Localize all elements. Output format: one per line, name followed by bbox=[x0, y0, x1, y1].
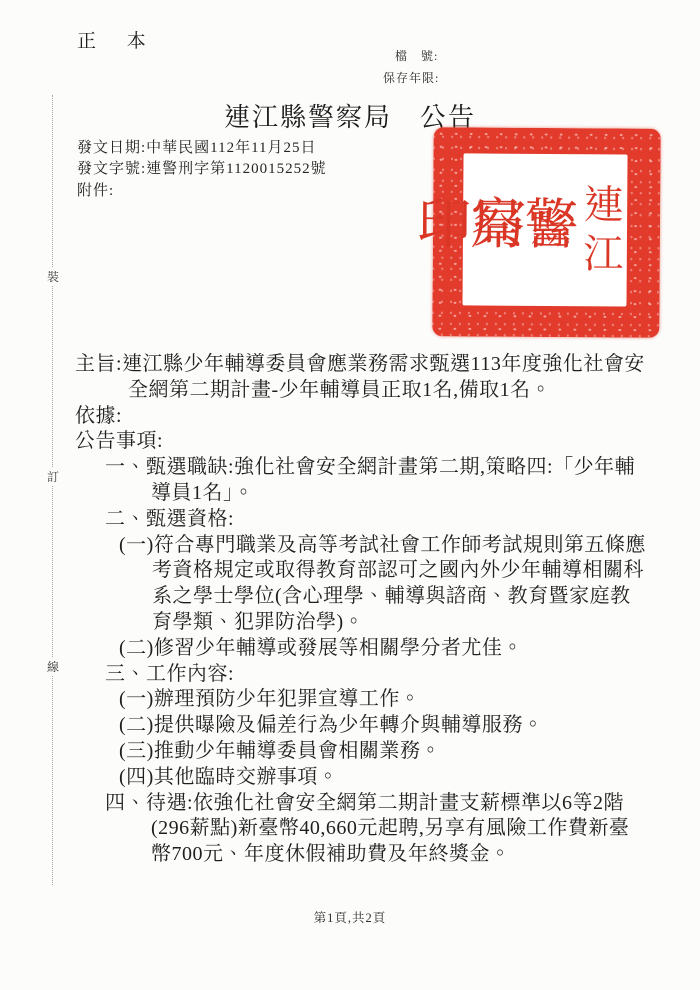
item-text: 修習少年輔導或發展等相關學分者尤佳。 bbox=[154, 637, 523, 659]
attachment-label: 附件: bbox=[77, 181, 327, 202]
body-paragraph: 二、甄選資格: bbox=[105, 507, 647, 533]
item-label: (三) bbox=[119, 740, 154, 762]
item-text: 連江縣少年輔導委員會應業務需求甄選113年度強化社會安全網第二期計畫-少年輔導員… bbox=[122, 353, 645, 401]
document-page: 裝訂線 正 本 檔 號: 保存年限: 連江縣警察局 公告 發文日期:中華民國11… bbox=[0, 0, 700, 990]
item-label: 依據: bbox=[75, 405, 122, 427]
file-no-label: 檔 號: bbox=[383, 45, 439, 67]
seal-text-column: 連江縣 bbox=[574, 160, 628, 302]
body-paragraph: (一)符合專門職業及高等考試社會工作師考試規則第五條應考資格規定或取得教育部認可… bbox=[119, 533, 647, 636]
seal-text-column: 警察 bbox=[520, 160, 574, 302]
item-label: 三、 bbox=[105, 663, 146, 685]
item-label: (四) bbox=[119, 766, 154, 788]
item-text: 提供曝險及偏差行為少年轉介與輔導服務。 bbox=[154, 714, 544, 736]
body-paragraph: 三、工作內容: bbox=[105, 662, 647, 688]
body-paragraph: (二)提供曝險及偏差行為少年轉介與輔導服務。 bbox=[119, 713, 647, 739]
copy-type-label: 正 本 bbox=[77, 26, 159, 53]
item-text: 辦理預防少年犯罪宣導工作。 bbox=[154, 688, 421, 710]
binding-mark: 訂 bbox=[43, 468, 63, 485]
item-label: 一、 bbox=[105, 456, 146, 478]
item-label: (二) bbox=[119, 637, 154, 659]
item-text: 符合專門職業及高等考試社會工作師考試規則第五條應考資格規定或取得教育部認可之國內… bbox=[152, 534, 646, 633]
body-paragraph: 公告事項: bbox=[75, 429, 647, 455]
doc-meta-block: 發文日期:中華民國112年11月25日 發文字號:連警刑字第1120015252… bbox=[77, 138, 327, 202]
body-paragraph: (四)其他臨時交辦事項。 bbox=[119, 765, 647, 791]
item-text: 工作內容: bbox=[146, 663, 234, 685]
seal-inscription: 連江縣警察局印 bbox=[462, 153, 627, 306]
document-body: 主旨:連江縣少年輔導委員會應業務需求甄選113年度強化社會安全網第二期計畫-少年… bbox=[75, 352, 647, 868]
item-label: 四、 bbox=[105, 792, 146, 814]
doc-number: 發文字號:連警刑字第1120015252號 bbox=[77, 159, 327, 180]
body-paragraph: 依據: bbox=[75, 404, 647, 430]
item-label: 二、 bbox=[105, 508, 146, 530]
body-paragraph: 主旨:連江縣少年輔導委員會應業務需求甄選113年度強化社會安全網第二期計畫-少年… bbox=[75, 352, 647, 404]
item-text: 待遇:依強化社會安全網第二期計畫支薪標準以6等2階(296薪點)新臺幣40,66… bbox=[146, 792, 629, 866]
body-paragraph: (三)推動少年輔導委員會相關業務。 bbox=[119, 739, 647, 765]
item-text: 甄選資格: bbox=[146, 508, 234, 530]
item-text: 甄選職缺:強化社會安全網計畫第二期,策略四:「少年輔導員1名」。 bbox=[146, 456, 635, 504]
seal-text-column: 局印 bbox=[466, 159, 520, 301]
item-label: (二) bbox=[119, 714, 154, 736]
page-number: 第1頁,共2頁 bbox=[0, 908, 700, 926]
binding-mark: 線 bbox=[43, 658, 63, 675]
item-text: 推動少年輔導委員會相關業務。 bbox=[154, 740, 441, 762]
body-paragraph: 四、待遇:依強化社會安全網第二期計畫支薪標準以6等2階(296薪點)新臺幣40,… bbox=[105, 791, 647, 868]
issue-date: 發文日期:中華民國112年11月25日 bbox=[77, 138, 327, 159]
file-meta-block: 檔 號: 保存年限: bbox=[383, 45, 439, 89]
retention-label: 保存年限: bbox=[383, 67, 439, 89]
item-label: (一) bbox=[119, 534, 154, 556]
body-paragraph: (二)修習少年輔導或發展等相關學分者尤佳。 bbox=[119, 636, 647, 662]
body-paragraph: (一)辦理預防少年犯罪宣導工作。 bbox=[119, 687, 647, 713]
binding-line bbox=[52, 95, 53, 885]
item-label: (一) bbox=[119, 688, 154, 710]
binding-mark: 裝 bbox=[43, 268, 63, 285]
body-paragraph: 一、甄選職缺:強化社會安全網計畫第二期,策略四:「少年輔導員1名」。 bbox=[105, 455, 647, 507]
item-label: 主旨: bbox=[75, 353, 122, 375]
official-seal-stamp: 連江縣警察局印 bbox=[432, 127, 660, 338]
item-text: 其他臨時交辦事項。 bbox=[154, 766, 339, 788]
item-label: 公告事項: bbox=[75, 430, 163, 452]
